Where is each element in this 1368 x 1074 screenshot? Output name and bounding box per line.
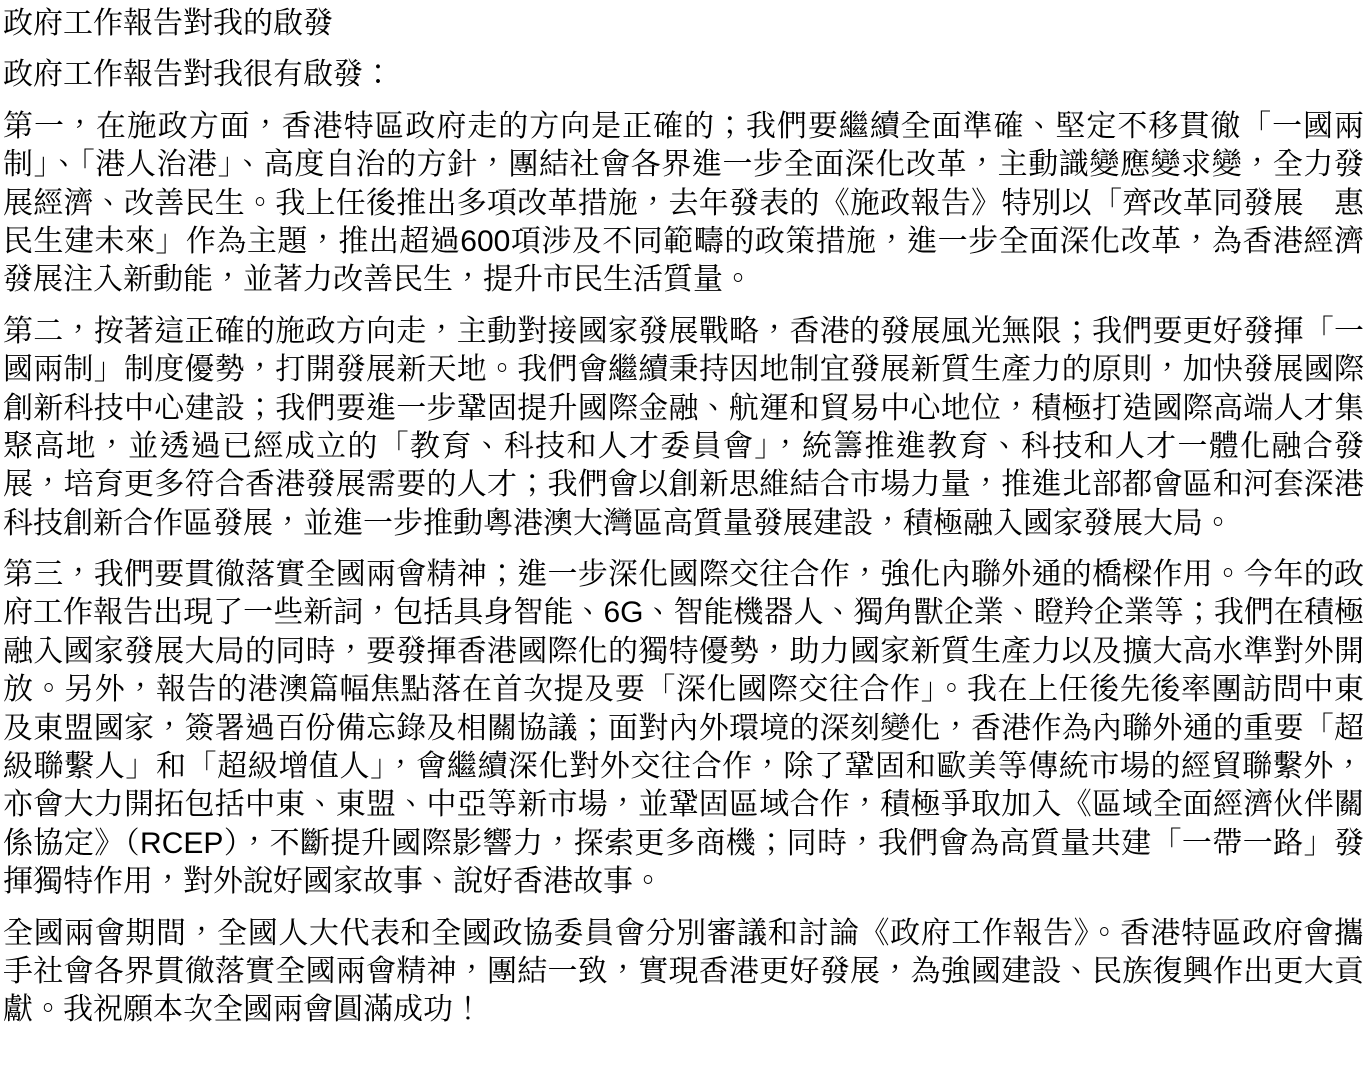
- paragraph-third-point: 第三，我們要貫徹落實全國兩會精神；進一步深化國際交往合作，強化內聯外通的橋樑作用…: [3, 556, 1364, 902]
- document-subtitle: 政府工作報告對我很有啟發：: [3, 56, 1364, 94]
- paragraph-first-point: 第一，在施政方面，香港特區政府走的方向是正確的；我們要繼續全面準確、堅定不移貫徹…: [3, 108, 1364, 300]
- paragraph-second-point: 第二，按著這正確的施政方向走，主動對接國家發展戰略，香港的發展風光無限；我們要更…: [3, 313, 1364, 543]
- document-title: 政府工作報告對我的啟發: [3, 5, 1364, 43]
- document-page: 政府工作報告對我的啟發 政府工作報告對我很有啟發： 第一，在施政方面，香港特區政…: [0, 0, 1368, 1074]
- paragraph-closing: 全國兩會期間，全國人大代表和全國政協委員會分別審議和討論《政府工作報告》。香港特…: [3, 915, 1364, 1030]
